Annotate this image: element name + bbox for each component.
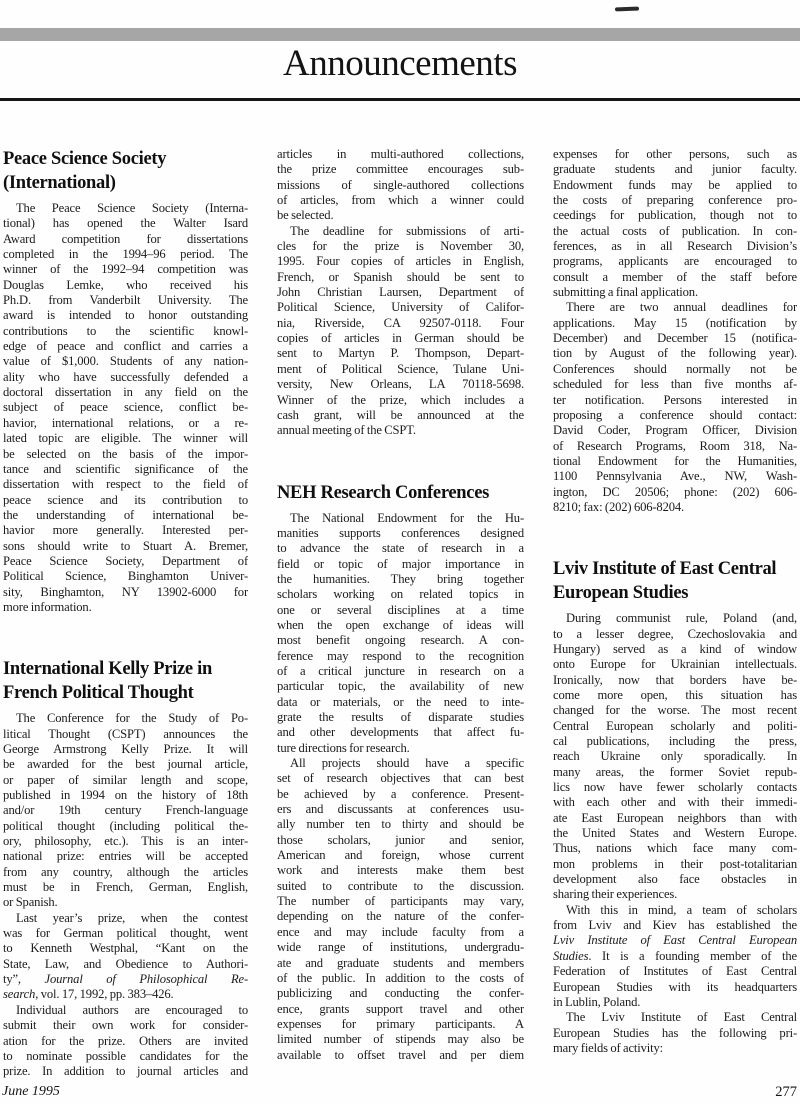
text-line: graduate students and junior faculty. <box>553 162 797 177</box>
text-line: field or topic of major importance in <box>277 557 524 572</box>
page-title: Announcements <box>0 45 800 84</box>
text-line: ory, philosophy, etc.). This is an inter… <box>3 834 248 849</box>
text-line: Lviv Institute of East Central European <box>553 933 797 948</box>
text-line: ers and discussants at conferences usu- <box>277 802 524 817</box>
text-line: French, or Spanish should be sent to <box>277 270 524 285</box>
text-line: the understanding of international be- <box>3 508 248 523</box>
text-line: the United States and Western Europe. <box>553 826 797 841</box>
text-line: The National Endowment for the Hu- <box>277 511 524 526</box>
text-line: cles for the prize is November 30, <box>277 239 524 254</box>
text-column-1: Peace Science Society(International)The … <box>3 147 248 1080</box>
paragraph: Last year’s prize, when the contestwas f… <box>3 911 248 1003</box>
text-line: be selected. <box>277 208 524 223</box>
text-line: be achieved by a conference. Present- <box>277 787 524 802</box>
peace-science-society-heading: Peace Science Society(International) <box>3 147 248 195</box>
text-line: All projects should have a specific <box>277 756 524 771</box>
text-line: havior more generally. Interested per- <box>3 523 248 538</box>
text-line: national prize: entries will be accepted <box>3 849 248 864</box>
text-line: Hungary) served as a kind of window <box>553 642 797 657</box>
text-line: available to offset travel and per diem <box>277 1048 524 1063</box>
text-line: one or several disciplines at a time <box>277 603 524 618</box>
text-line: ter notification. Persons interested in <box>553 393 797 408</box>
text-line: tance and scientific significance of the <box>3 462 248 477</box>
paragraph: articles in multi-authored collections,t… <box>277 147 524 224</box>
text-line: The Conference for the Study of Po- <box>3 711 248 726</box>
text-line: cash grant, will be announced at the <box>277 408 524 423</box>
text-line: Individual authors are encouraged to <box>3 1003 248 1018</box>
text-line: or Spanish. <box>3 895 248 910</box>
text-line: dissertation with respect to the field o… <box>3 477 248 492</box>
text-line: There are two annual deadlines for <box>553 300 797 315</box>
text-line: applications. May 15 (notification by <box>553 316 797 331</box>
text-line: to advance the state of research in a <box>277 541 524 556</box>
text-line: ment of Political Science, Tulane Uni- <box>277 362 524 377</box>
text-line: ty”, Journal of Philosophical Re- <box>3 972 248 987</box>
text-line: those scholars, junior and senior, <box>277 833 524 848</box>
text-line: expenses for primary participants. A <box>277 1017 524 1032</box>
text-line: ence, grants support travel and other <box>277 1002 524 1017</box>
text-line: peace science and its contribution to <box>3 493 248 508</box>
text-line: ally number ten to thirty and should be <box>277 817 524 832</box>
text-line: particular topic, the availability of ne… <box>277 679 524 694</box>
text-line: completed in the 1994–96 period. The <box>3 247 248 262</box>
text-line: December) and December 15 (notifica- <box>553 331 797 346</box>
text-line: suited to contribute to the discussion. <box>277 879 524 894</box>
text-line: litical Thought (CSPT) announces the <box>3 727 248 742</box>
text-line: subject of peace science, conflict be- <box>3 400 248 415</box>
text-line: the humanities. They bring together <box>277 572 524 587</box>
lviv-institute-heading: Lviv Institute of East CentralEuropean S… <box>553 557 797 605</box>
text-line: of the public. In addition to the costs … <box>277 971 524 986</box>
neh-research-conferences-heading: NEH Research Conferences <box>277 481 524 505</box>
text-line: tional Endowment for the Humanities, <box>553 454 797 469</box>
text-line: 1995. Four copies of articles in English… <box>277 254 524 269</box>
text-line: Federation of Institutes of East Central <box>553 964 797 979</box>
text-line: contributions to the scientific knowl- <box>3 324 248 339</box>
paragraph: With this in mind, a team of scholarsfro… <box>553 903 797 1010</box>
text-line: Political Science, Binghamton Univer- <box>3 569 248 584</box>
text-line: development also face obstacles in <box>553 872 797 887</box>
text-line: cal publications, including the press, <box>553 734 797 749</box>
text-line: American and foreign, whose current <box>277 848 524 863</box>
text-line: and other developments that affect fu- <box>277 725 524 740</box>
heading-line: International Kelly Prize in <box>3 657 248 681</box>
text-line: onto Europe for Ukrainian intellectuals. <box>553 657 797 672</box>
text-line: mon problems in their post-totalitarian <box>553 857 797 872</box>
paragraph: During communist rule, Poland (and,to a … <box>553 611 797 903</box>
text-line: of articles, from which a winner could <box>277 193 524 208</box>
header-gray-band <box>0 28 800 41</box>
text-line: The Peace Science Society (Interna- <box>3 201 248 216</box>
text-line: must be in French, German, English, <box>3 880 248 895</box>
text-line: manities supports conferences designed <box>277 526 524 541</box>
text-line: ation for the prize. Others are invited <box>3 1034 248 1049</box>
text-line: publicizing and conducting the confer- <box>277 986 524 1001</box>
text-line: be awarded for the best journal article, <box>3 757 248 772</box>
text-line: scheduled for less than five months af- <box>553 377 797 392</box>
journal-page: Announcements Peace Science Society(Inte… <box>0 0 800 1104</box>
text-line: ceedings for publication, though not to <box>553 208 797 223</box>
text-line: Endowment funds may be applied to <box>553 178 797 193</box>
text-line: lics now have fewer scholarly contacts <box>553 780 797 795</box>
text-line: the prize committee encourages sub- <box>277 162 524 177</box>
text-line: ate and graduate students and members <box>277 956 524 971</box>
paragraph: expenses for other persons, such asgradu… <box>553 147 797 300</box>
text-line: State, Law, and Obedience to Authori- <box>3 957 248 972</box>
text-line: ence and may include faculty from a <box>277 925 524 940</box>
text-line: or paper of similar length and scope, <box>3 773 248 788</box>
text-line: Winner of the prize, which includes a <box>277 393 524 408</box>
text-line: depending on the nature of the confer- <box>277 909 524 924</box>
text-line: political thought (including political t… <box>3 819 248 834</box>
text-line: most benefit ongoing research. A con- <box>277 633 524 648</box>
text-line: be selected on the basis of the impor- <box>3 447 248 462</box>
text-line: winner of the 1992–94 competition was <box>3 262 248 277</box>
text-line: ture directions for research. <box>277 741 524 756</box>
text-line: 8210; fax: (202) 606-8204. <box>553 500 797 515</box>
header-rule <box>0 98 800 101</box>
text-line: consult a member of the staff before <box>553 270 797 285</box>
text-line: ington, DC 20506; phone: (202) 606- <box>553 485 797 500</box>
text-line: come more open, this situation has <box>553 688 797 703</box>
text-line: scholars working on related topics in <box>277 587 524 602</box>
text-line: proposing a conference should contact: <box>553 408 797 423</box>
text-line: work and interests make them best <box>277 863 524 878</box>
text-line: annual meeting of the CSPT. <box>277 423 524 438</box>
text-line: ality who have successfully defended a <box>3 370 248 385</box>
text-line: George Armstrong Kelly Prize. It will <box>3 742 248 757</box>
text-column-3: expenses for other persons, such asgradu… <box>553 147 797 1056</box>
text-line: Ironically, now that borders have be- <box>553 673 797 688</box>
text-line: Central European scholarly and politi- <box>553 719 797 734</box>
paragraph: There are two annual deadlines forapplic… <box>553 300 797 515</box>
text-line: the actual costs of publication. In con- <box>553 224 797 239</box>
text-line: programs, applicants are encouraged to <box>553 254 797 269</box>
text-line: Last year’s prize, when the contest <box>3 911 248 926</box>
text-line: of a critical juncture in research on a <box>277 664 524 679</box>
text-line: Studies. It is a founding member of the <box>553 949 797 964</box>
text-line: lated topic are eligible. The winner wil… <box>3 431 248 446</box>
text-line: award is intended to honor outstanding <box>3 308 248 323</box>
paragraph: All projects should have a specificset o… <box>277 756 524 1063</box>
footer-page-number: 277 <box>775 1084 797 1101</box>
text-line: many areas, the former Soviet repub- <box>553 765 797 780</box>
text-line: submitting a final application. <box>553 285 797 300</box>
text-line: to a lesser degree, Czechoslovakia and <box>553 627 797 642</box>
text-line: submit their own work for consider- <box>3 1018 248 1033</box>
text-line: ferences, as in all Research Division’s <box>553 239 797 254</box>
kelly-prize-heading: International Kelly Prize inFrench Polit… <box>3 657 248 705</box>
text-line: Award competition for dissertations <box>3 232 248 247</box>
text-line: from Lviv and Kiev has established the <box>553 918 797 933</box>
text-line: ate East European neighbors than with <box>553 811 797 826</box>
text-line: prize. In addition to journal articles a… <box>3 1064 248 1079</box>
text-line: The Lviv Institute of East Central <box>553 1010 797 1025</box>
paragraph: The Conference for the Study of Po-litic… <box>3 711 248 910</box>
text-column-2: articles in multi-authored collections,t… <box>277 147 524 1063</box>
text-line: Political Science, University of Califor… <box>277 300 524 315</box>
text-line: published in 1994 on the history of 18th <box>3 788 248 803</box>
text-line: reach Ukraine only sporadically. In <box>553 749 797 764</box>
text-line: to Kenneth Westphal, “Kant on the <box>3 941 248 956</box>
text-line: search, vol. 17, 1992, pp. 383–426. <box>3 987 248 1002</box>
text-line: European Studies with its headquarters <box>553 980 797 995</box>
text-line: 1100 Pennsylvania Ave., NW, Wash- <box>553 469 797 484</box>
text-line: grate the results of disparate studies <box>277 710 524 725</box>
text-line: changed for the worse. The most recent <box>553 703 797 718</box>
text-line: limited number of stipends may also be <box>277 1032 524 1047</box>
footer-issue-date: June 1995 <box>2 1084 60 1100</box>
text-line: expenses for other persons, such as <box>553 147 797 162</box>
paragraph: The National Endowment for the Hu-maniti… <box>277 511 524 757</box>
text-line: tion by August of the following year). <box>553 346 797 361</box>
paragraph: The Lviv Institute of East CentralEurope… <box>553 1010 797 1056</box>
text-line: sent to Martyn P. Thompson, Depart- <box>277 346 524 361</box>
text-line: more information. <box>3 600 248 615</box>
text-line: copies of articles in German should be <box>277 331 524 346</box>
text-line: was for German political thought, went <box>3 926 248 941</box>
text-line: The deadline for submissions of arti- <box>277 224 524 239</box>
text-line: Peace Science Society, Department of <box>3 554 248 569</box>
text-line: Douglas Lemke, who received his <box>3 278 248 293</box>
text-line: of Research Programs, Room 318, Na- <box>553 439 797 454</box>
text-line: European Studies has the following pri- <box>553 1026 797 1041</box>
text-line: set of research objectives that can best <box>277 771 524 786</box>
text-line: doctoral dissertation in any field on th… <box>3 385 248 400</box>
text-line: During communist rule, Poland (and, <box>553 611 797 626</box>
heading-line: Peace Science Society <box>3 147 248 171</box>
text-line: the costs of preparing conference pro- <box>553 193 797 208</box>
text-line: value of $1,000. Students of any nation- <box>3 354 248 369</box>
text-line: articles in multi-authored collections, <box>277 147 524 162</box>
text-line: havior, international relations, or a re… <box>3 416 248 431</box>
text-line: mary fields of activity: <box>553 1041 797 1056</box>
text-line: edge of peace and conflict and carries a <box>3 339 248 354</box>
text-line: sity, Binghamton, NY 13902-6000 for <box>3 585 248 600</box>
heading-line: (International) <box>3 171 248 195</box>
text-line: with each other and with their immedi- <box>553 795 797 810</box>
text-line: missions of single-authored collections <box>277 178 524 193</box>
text-line: from any country, although the articles <box>3 865 248 880</box>
text-line: The number of participants may vary, <box>277 894 524 909</box>
text-line: and/or 19th century French-language <box>3 803 248 818</box>
text-line: when the open exchange of ideas will <box>277 618 524 633</box>
text-line: in Lublin, Poland. <box>553 995 797 1010</box>
text-line: to nominate possible candidates for the <box>3 1049 248 1064</box>
paragraph: The Peace Science Society (Interna-tiona… <box>3 201 248 615</box>
heading-line: European Studies <box>553 581 797 605</box>
text-line: data or materials, or the need to inte- <box>277 695 524 710</box>
paragraph: The deadline for submissions of arti-cle… <box>277 224 524 439</box>
text-line: versity, New Orleans, LA 70118-5698. <box>277 377 524 392</box>
text-line: Thus, nations which face many com- <box>553 841 797 856</box>
paragraph: Individual authors are encouraged tosubm… <box>3 1003 248 1080</box>
text-line: John Christian Laursen, Department of <box>277 285 524 300</box>
text-line: nia, Riverside, CA 92507-0118. Four <box>277 316 524 331</box>
text-line: tional) has opened the Walter Isard <box>3 216 248 231</box>
heading-line: French Political Thought <box>3 681 248 705</box>
heading-line: Lviv Institute of East Central <box>553 557 797 581</box>
scan-artifact-mark <box>615 7 639 12</box>
text-line: wide range of institutions, undergradu- <box>277 940 524 955</box>
text-line: Conferences should normally not be <box>553 362 797 377</box>
text-line: sons should write to Stuart A. Bremer, <box>3 539 248 554</box>
text-line: ference may respond to the recognition <box>277 649 524 664</box>
text-line: Ph.D. from Vanderbilt University. The <box>3 293 248 308</box>
text-line: sharing their experiences. <box>553 887 797 902</box>
heading-line: NEH Research Conferences <box>277 481 524 505</box>
text-line: David Coder, Program Officer, Division <box>553 423 797 438</box>
text-line: With this in mind, a team of scholars <box>553 903 797 918</box>
